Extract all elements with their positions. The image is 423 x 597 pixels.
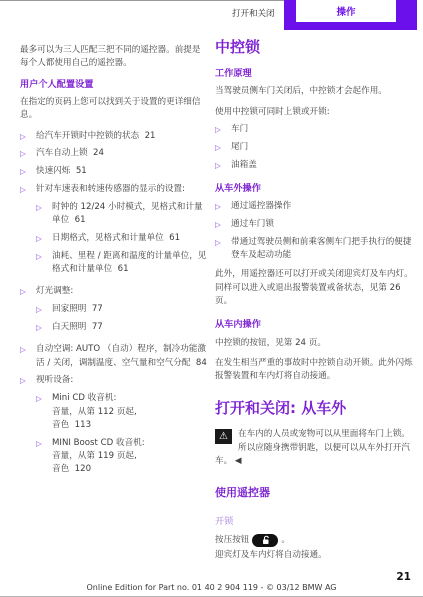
triangle-bullet-icon: ▷ xyxy=(20,165,36,178)
triangle-bullet-icon: ▷ xyxy=(215,123,231,136)
settings-list: ▷ 给汽车开锁时中控锁的状态 21 ▷ 汽车自动上锁 24 ▷ 快速闪烁 51 … xyxy=(20,130,207,482)
list-item-text: 尾门 xyxy=(231,141,413,154)
sub-list-item-text: 时钟的 12/24 小时模式，见格式和计量单位 61 xyxy=(52,201,207,228)
list-item: ▷ 油箱盖 xyxy=(215,159,413,172)
list-item-text: 通过车门锁 xyxy=(231,218,413,231)
triangle-bullet-icon: ▷ xyxy=(36,232,52,245)
warning-paragraph: ⚠在车内的人员或宠物可以从里面将车门上锁。所以应随身携带钥匙，以便可以从车外打开… xyxy=(215,428,413,468)
paragraph: 使用中控锁可同时上锁或开锁: xyxy=(215,106,413,119)
sub-list: ▷ Mini CD 收音机: 音量，从第 112 页起, 音色 113 ▷ MI… xyxy=(36,392,207,476)
list-item: ▷ 自动空调: AUTO （自动）程序，制冷功能激活 / 关闭，调制温度、空气量… xyxy=(20,343,207,370)
chapter-tab-open-close: 打开和关闭 xyxy=(232,7,275,19)
sub-list-item-text: 油耗、里程 / 距离和温度的计量单位，见格式和计量单位 61 xyxy=(52,250,207,277)
press-button-period: 。 xyxy=(281,534,290,547)
list-item: ▷ 通过车门锁 xyxy=(215,218,413,231)
triangle-bullet-icon: ▷ xyxy=(36,303,52,316)
sub-list-item-text: 回家照明 77 xyxy=(52,303,207,316)
page-number: 21 xyxy=(396,571,411,583)
heading-central-locking: 中控锁 xyxy=(215,38,413,56)
list-item-text: 汽车自动上锁 24 xyxy=(36,147,207,160)
subheading-operate-outside: 从车外操作 xyxy=(215,182,413,196)
list-item-text: 带通过驾驶员侧和前乘客侧车门把手执行的便捷登车及起动功能 xyxy=(231,236,413,263)
triangle-bullet-icon: ▷ xyxy=(20,343,36,370)
list-item: ▷ 视听设备: ▷ Mini CD 收音机: 音量，从第 112 页起, 音色 … xyxy=(20,374,207,481)
chapter-tab-operation-label: 操作 xyxy=(336,4,355,18)
press-button-line: 按压按钮 。 xyxy=(215,534,413,547)
scan-edge-top xyxy=(0,0,288,1)
triangle-bullet-icon: ▷ xyxy=(215,141,231,154)
list-item: ▷ 汽车自动上锁 24 xyxy=(20,147,207,160)
list-item-text: 灯光调整: xyxy=(36,286,73,296)
list-item-group: 灯光调整: ▷ 回家照明 77 ▷ 白天照明 77 xyxy=(36,285,207,338)
list-item: ▷ 给汽车开锁时中控锁的状态 21 xyxy=(20,130,207,143)
triangle-bullet-icon: ▷ xyxy=(20,147,36,160)
list-item: ▷ 通过遥控器操作 xyxy=(215,200,413,213)
sub-list-item-text: MINI Boost CD 收音机: 音量，从第 119 页起, 音色 120 xyxy=(52,437,207,477)
list-item-text: 快速闪烁 51 xyxy=(36,165,207,178)
triangle-bullet-icon: ▷ xyxy=(36,392,52,432)
triangle-bullet-icon: ▷ xyxy=(20,374,36,481)
subheading-working-principle: 工作原理 xyxy=(215,67,413,81)
sub-list: ▷ 回家照明 77 ▷ 白天照明 77 xyxy=(36,303,207,334)
heading-open-close-outside: 打开和关闭: 从车外 xyxy=(215,399,413,417)
sub-list-item-text: 日期格式，见格式和计量单位 61 xyxy=(52,232,207,245)
triangle-bullet-icon: ▷ xyxy=(36,437,52,477)
remote-unlock-button-icon xyxy=(252,534,278,547)
paragraph: 在发生相当严重的事故时中控锁自动开锁。此外闪烁报警装置和车内灯将自动接通。 xyxy=(215,357,413,384)
outside-operation-list: ▷ 通过遥控器操作 ▷ 通过车门锁 ▷ 带通过驾驶员侧和前乘客侧车门把手执行的便… xyxy=(215,200,413,262)
footer-edition-text: Online Edition for Part no. 01 40 2 904 … xyxy=(0,583,423,592)
left-column: 最多可以为三人匹配三把不同的遥控器。前提是每个人都使用自己的遥控器。 用户个人配… xyxy=(20,44,207,487)
list-item: ▷ 尾门 xyxy=(215,141,413,154)
list-item-text: 给汽车开锁时中控锁的状态 21 xyxy=(36,130,207,143)
paragraph: 中控锁的按钮，见第 24 页。 xyxy=(215,337,413,350)
triangle-bullet-icon: ▷ xyxy=(36,250,52,277)
sub-list: ▷ 时钟的 12/24 小时模式，见格式和计量单位 61 ▷ 日期格式，见格式和… xyxy=(36,201,207,277)
sub-list-item-text: Mini CD 收音机: 音量，从第 112 页起, 音色 113 xyxy=(52,392,207,432)
list-item-text: 自动空调: AUTO （自动）程序，制冷功能激活 / 关闭，调制温度、空气量和空… xyxy=(36,343,207,370)
paragraph: 当驾驶员侧车门关闭后，中控锁才会起作用。 xyxy=(215,85,413,98)
triangle-bullet-icon: ▷ xyxy=(215,159,231,172)
paragraph: 迎宾灯及车内灯将自动接通。 xyxy=(215,549,413,562)
section-title-user-profile: 用户个人配置设置 xyxy=(20,78,207,92)
list-item-text: 油箱盖 xyxy=(231,159,413,172)
triangle-bullet-icon: ▷ xyxy=(20,285,36,338)
subheading-operate-inside: 从车内操作 xyxy=(215,318,413,332)
paragraph: 此外，用遥控器还可以打开或关闭迎宾灯及车内灯。同样可以进入或退出报警装置戒备状态… xyxy=(215,268,413,308)
sub-list-item: ▷ 白天照明 77 xyxy=(36,321,207,334)
warning-triangle-icon: ⚠ xyxy=(215,429,232,444)
sub-list-item: ▷ Mini CD 收音机: 音量，从第 112 页起, 音色 113 xyxy=(36,392,207,432)
triangle-bullet-icon: ▷ xyxy=(215,218,231,231)
list-item: ▷ 车门 xyxy=(215,123,413,136)
list-item-group: 视听设备: ▷ Mini CD 收音机: 音量，从第 112 页起, 音色 11… xyxy=(36,374,207,481)
section-intro: 在指定的页码上您可以找到关于设置的更详细信息。 xyxy=(20,96,207,123)
subheading-unlock: 开锁 xyxy=(215,515,413,529)
list-item-text: 通过遥控器操作 xyxy=(231,200,413,213)
manual-page: 打开和关闭 操作 最多可以为三人匹配三把不同的遥控器。前提是每个人都使用自己的遥… xyxy=(0,0,423,597)
chapter-tab-operation: 操作 xyxy=(284,0,417,30)
sub-list-item: ▷ 回家照明 77 xyxy=(36,303,207,316)
list-item-group: 针对车速表和转速传感器的显示的设置: ▷ 时钟的 12/24 小时模式，见格式和… xyxy=(36,183,207,281)
triangle-bullet-icon: ▷ xyxy=(20,183,36,281)
sub-list-item-text: 白天照明 77 xyxy=(52,321,207,334)
triangle-bullet-icon: ▷ xyxy=(215,200,231,213)
list-item-text: 车门 xyxy=(231,123,413,136)
list-item-text: 针对车速表和转速传感器的显示的设置: xyxy=(36,184,185,194)
list-item-text: 视听设备: xyxy=(36,375,73,385)
subheading-use-remote: 使用遥控器 xyxy=(215,484,413,501)
right-column: 中控锁 工作原理 当驾驶员侧车门关闭后，中控锁才会起作用。 使用中控锁可同时上锁… xyxy=(215,38,413,569)
triangle-bullet-icon: ▷ xyxy=(215,236,231,263)
triangle-bullet-icon: ▷ xyxy=(36,201,52,228)
list-item: ▷ 针对车速表和转速传感器的显示的设置: ▷ 时钟的 12/24 小时模式，见格… xyxy=(20,183,207,281)
list-item: ▷ 灯光调整: ▷ 回家照明 77 ▷ 白天照明 77 xyxy=(20,285,207,338)
sub-list-item: ▷ 日期格式，见格式和计量单位 61 xyxy=(36,232,207,245)
chapter-tab-operation-inner: 操作 xyxy=(296,0,396,22)
press-button-text: 按压按钮 xyxy=(215,534,249,547)
lock-targets-list: ▷ 车门 ▷ 尾门 ▷ 油箱盖 xyxy=(215,123,413,172)
triangle-bullet-icon: ▷ xyxy=(20,130,36,143)
list-item: ▷ 带通过驾驶员侧和前乘客侧车门把手执行的便捷登车及起动功能 xyxy=(215,236,413,263)
sub-list-item: ▷ 油耗、里程 / 距离和温度的计量单位，见格式和计量单位 61 xyxy=(36,250,207,277)
list-item: ▷ 快速闪烁 51 xyxy=(20,165,207,178)
sub-list-item: ▷ 时钟的 12/24 小时模式，见格式和计量单位 61 xyxy=(36,201,207,228)
intro-paragraph: 最多可以为三人匹配三把不同的遥控器。前提是每个人都使用自己的遥控器。 xyxy=(20,44,207,71)
triangle-bullet-icon: ▷ xyxy=(36,321,52,334)
warning-text: 在车内的人员或宠物可以从里面将车门上锁。所以应随身携带钥匙，以便可以从车外打开汽… xyxy=(215,429,410,466)
sub-list-item: ▷ MINI Boost CD 收音机: 音量，从第 119 页起, 音色 12… xyxy=(36,437,207,477)
